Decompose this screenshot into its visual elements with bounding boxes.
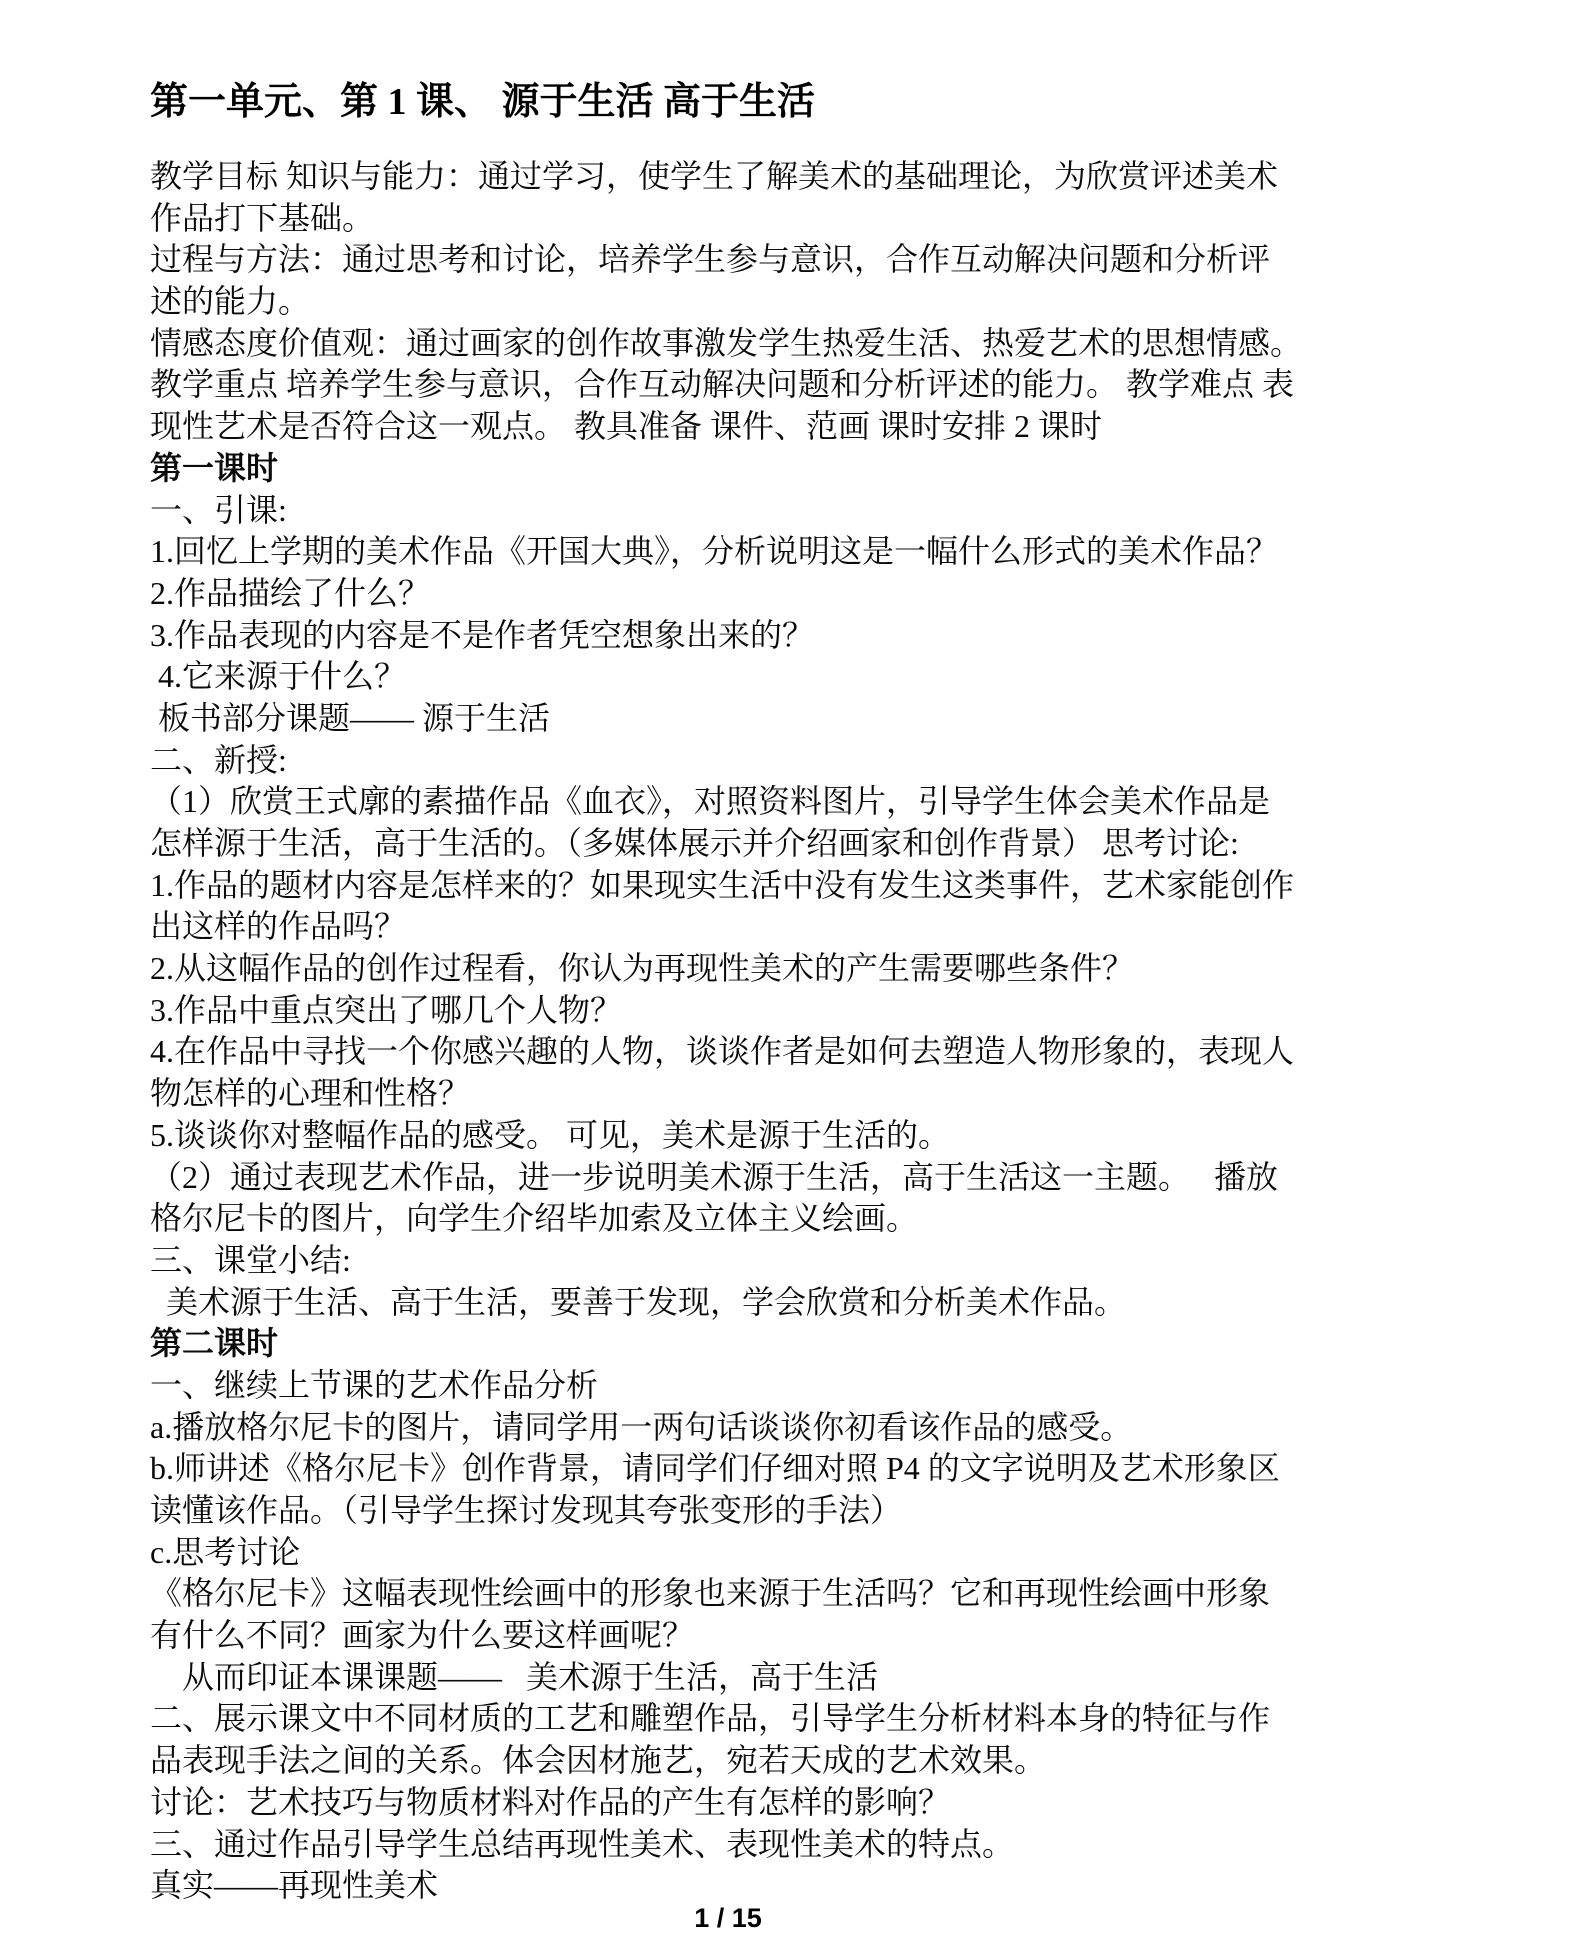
text-line: 讨论：艺术技巧与物质材料对作品的产生有怎样的影响？ xyxy=(150,1782,1320,1824)
text-line: 3.作品中重点突出了哪几个人物？ xyxy=(150,990,1320,1032)
text-line: 教学目标 知识与能力：通过学习，使学生了解美术的基础理论，为欣赏评述美术 xyxy=(150,156,1320,198)
text-line: 3.作品表现的内容是不是作者凭空想象出来的？ xyxy=(150,615,1320,657)
text-line: 4.在作品中寻找一个你感兴趣的人物，谈谈作者是如何去塑造人物形象的，表现人 xyxy=(150,1031,1320,1073)
text-line: 三、通过作品引导学生总结再现性美术、表现性美术的特点。 xyxy=(150,1824,1320,1866)
text-line: 情感态度价值观：通过画家的创作故事激发学生热爱生活、热爱艺术的思想情感。 xyxy=(150,323,1320,365)
text-line: （2）通过表现艺术作品，进一步说明美术源于生活，高于生活这一主题。 播放 xyxy=(150,1157,1320,1199)
text-line: 现性艺术是否符合这一观点。 教具准备 课件、范画 课时安排 2 课时 xyxy=(150,406,1320,448)
text-line: 1.回忆上学期的美术作品《开国大典》，分析说明这是一幅什么形式的美术作品？ xyxy=(150,531,1320,573)
text-line: 第一课时 xyxy=(150,448,1320,490)
text-line: 从而印证本课课题—— 美术源于生活，高于生活 xyxy=(150,1657,1320,1699)
text-line: b.师讲述《格尔尼卡》创作背景，请同学们仔细对照 P4 的文字说明及艺术形象区 xyxy=(150,1448,1320,1490)
text-line: 2.作品描绘了什么？ xyxy=(150,573,1320,615)
text-line: 二、新授: xyxy=(150,740,1320,782)
page-number: 1 / 15 xyxy=(150,1903,1306,1934)
document-title: 第一单元、第 1 课、 源于生活 高于生活 xyxy=(150,70,815,125)
text-line: a.播放格尔尼卡的图片，请同学用一两句话谈谈你初看该作品的感受。 xyxy=(150,1407,1320,1449)
text-line: c.思考讨论 xyxy=(150,1532,1320,1574)
text-line: 真实——再现性美术 xyxy=(150,1865,1320,1907)
text-line: 1.作品的题材内容是怎样来的？如果现实生活中没有发生这类事件，艺术家能创作 xyxy=(150,865,1320,907)
text-line: 出这样的作品吗？ xyxy=(150,906,1320,948)
document-page: 第一单元、第 1 课、 源于生活 高于生活 教学目标 知识与能力：通过学习，使学… xyxy=(0,0,1587,1939)
text-line: 怎样源于生活，高于生活的。（多媒体展示并介绍画家和创作背景） 思考讨论: xyxy=(150,823,1320,865)
text-line: 板书部分课题—— 源于生活 xyxy=(150,698,1320,740)
text-line: 一、继续上节课的艺术作品分析 xyxy=(150,1365,1320,1407)
text-line: 一、引课: xyxy=(150,490,1320,532)
text-line: 5.谈谈你对整幅作品的感受。 可见，美术是源于生活的。 xyxy=(150,1115,1320,1157)
text-line: 品表现手法之间的关系。体会因材施艺，宛若天成的艺术效果。 xyxy=(150,1740,1320,1782)
text-line: 《格尔尼卡》这幅表现性绘画中的形象也来源于生活吗？它和再现性绘画中形象 xyxy=(150,1573,1320,1615)
text-line: 格尔尼卡的图片，向学生介绍毕加索及立体主义绘画。 xyxy=(150,1198,1320,1240)
text-line: 2.从这幅作品的创作过程看，你认为再现性美术的产生需要哪些条件？ xyxy=(150,948,1320,990)
text-line: 物怎样的心理和性格？ xyxy=(150,1073,1320,1115)
text-line: 有什么不同？画家为什么要这样画呢？ xyxy=(150,1615,1320,1657)
text-line: 美术源于生活、高于生活，要善于发现，学会欣赏和分析美术作品。 xyxy=(150,1282,1320,1324)
text-line: 二、展示课文中不同材质的工艺和雕塑作品，引导学生分析材料本身的特征与作 xyxy=(150,1698,1320,1740)
text-line: 教学重点 培养学生参与意识，合作互动解决问题和分析评述的能力。 教学难点 表 xyxy=(150,364,1320,406)
text-line: 述的能力。 xyxy=(150,281,1320,323)
document-body: 教学目标 知识与能力：通过学习，使学生了解美术的基础理论，为欣赏评述美术作品打下… xyxy=(150,156,1320,1907)
text-line: 4.它来源于什么？ xyxy=(150,656,1320,698)
text-line: 作品打下基础。 xyxy=(150,198,1320,240)
text-line: 三、课堂小结: xyxy=(150,1240,1320,1282)
text-line: 读懂该作品。（引导学生探讨发现其夸张变形的手法） xyxy=(150,1490,1320,1532)
text-line: 第二课时 xyxy=(150,1323,1320,1365)
text-line: 过程与方法：通过思考和讨论，培养学生参与意识，合作互动解决问题和分析评 xyxy=(150,239,1320,281)
text-line: （1）欣赏王式廓的素描作品《血衣》，对照资料图片，引导学生体会美术作品是 xyxy=(150,781,1320,823)
